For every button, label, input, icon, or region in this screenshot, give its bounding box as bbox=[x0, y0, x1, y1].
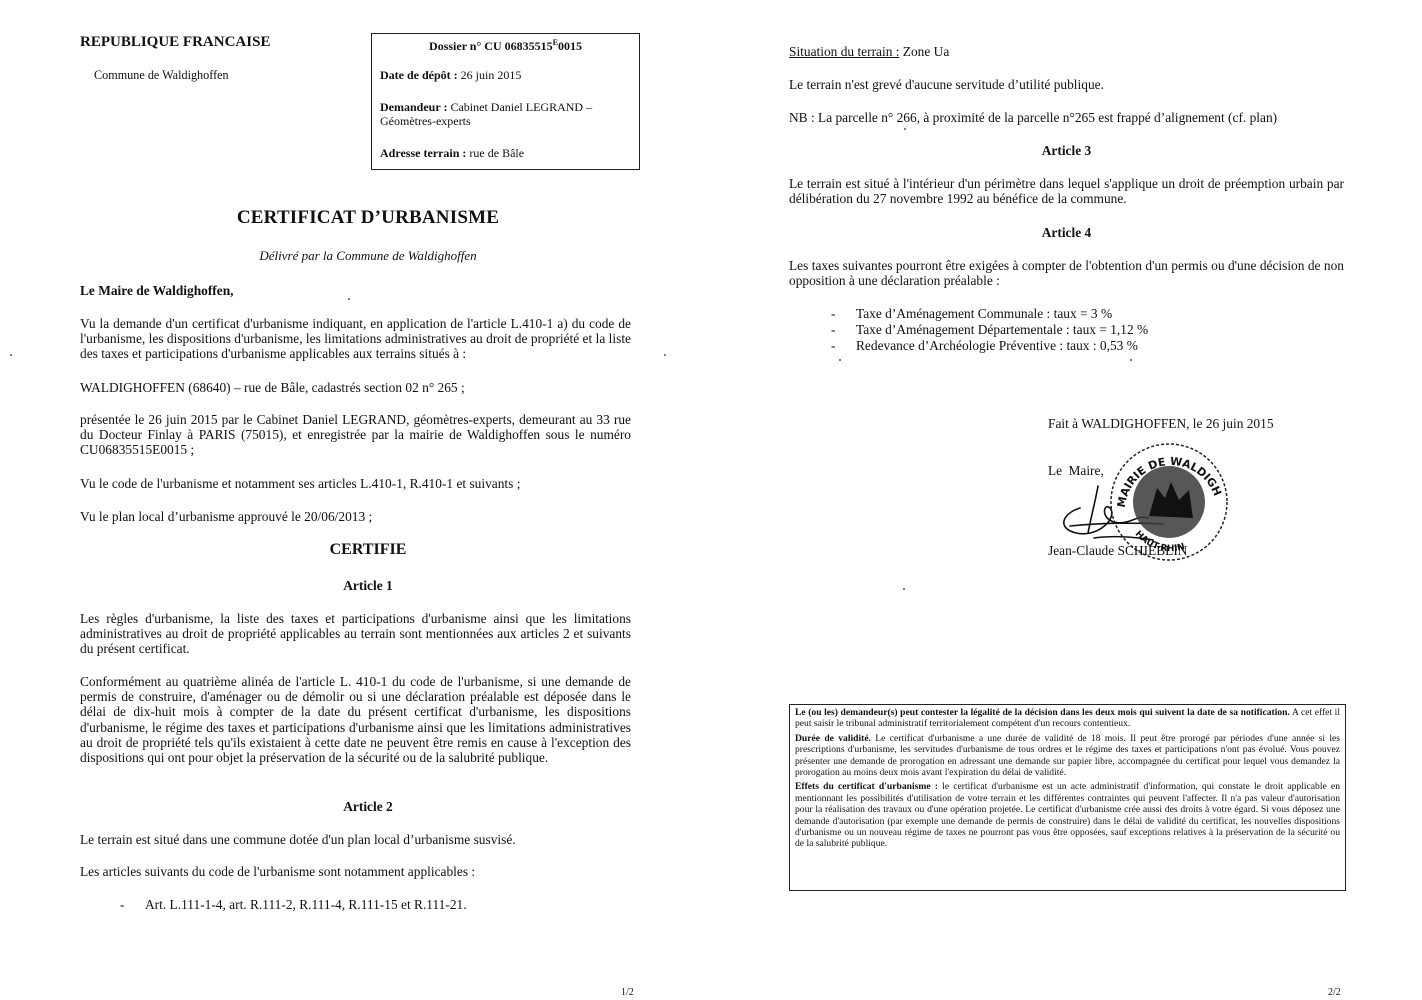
article-2-paragraph-1: Le terrain est situé dans une commune do… bbox=[80, 832, 631, 847]
article-2-heading: Article 2 bbox=[80, 799, 656, 815]
notice-validite: Durée de validité. Le certificat d'urban… bbox=[795, 733, 1340, 779]
scan-speck bbox=[904, 128, 906, 130]
signatory-role: Le Maire, bbox=[1048, 463, 1104, 479]
servitude-paragraph: Le terrain n'est grevé d'aucune servitud… bbox=[789, 77, 1344, 92]
legal-notice-box: Le (ou les) demandeur(s) peut contester … bbox=[789, 704, 1346, 891]
fait-a-line: Fait à WALDIGHOFFEN, le 26 juin 2015 bbox=[1048, 416, 1274, 432]
scan-speck bbox=[1130, 359, 1132, 361]
page-number: 2/2 bbox=[1328, 987, 1341, 998]
article-4-heading: Article 4 bbox=[789, 225, 1344, 241]
republic-heading: REPUBLIQUE FRANCAISE bbox=[80, 34, 270, 51]
tax-item: -Taxe d’Aménagement Communale : taux = 3… bbox=[831, 306, 1251, 322]
terrain-location: WALDIGHOFFEN (68640) – rue de Bâle, cada… bbox=[80, 380, 631, 395]
tax-item: -Redevance d’Archéologie Préventive : ta… bbox=[831, 338, 1251, 354]
notice-effets: Effets du certificat d'urbanisme : le ce… bbox=[795, 781, 1340, 849]
scan-speck bbox=[10, 354, 12, 356]
notice-recours: Le (ou les) demandeur(s) peut contester … bbox=[795, 707, 1340, 730]
certifie-heading: CERTIFIE bbox=[80, 541, 656, 559]
dossier-box: Dossier n° CU 06835515E0015 Date de dépô… bbox=[371, 33, 640, 170]
scan-speck bbox=[664, 354, 666, 356]
bullet-dash: - bbox=[120, 897, 124, 913]
article-3-paragraph: Le terrain est situé à l'intérieur d'un … bbox=[789, 176, 1344, 206]
document-title: CERTIFICAT D’URBANISME bbox=[80, 207, 656, 229]
scan-speck bbox=[839, 359, 841, 361]
demandeur: Demandeur : Cabinet Daniel LEGRAND – Géo… bbox=[380, 100, 631, 128]
scan-speck bbox=[348, 298, 350, 300]
tax-item: -Taxe d’Aménagement Départementale : tau… bbox=[831, 322, 1251, 338]
page-number: 1/2 bbox=[621, 987, 634, 998]
dossier-number: Dossier n° CU 06835515E0015 bbox=[372, 38, 639, 54]
adresse-terrain: Adresse terrain : rue de Bâle bbox=[380, 146, 631, 160]
maire-heading: Le Maire de Waldighoffen, bbox=[80, 283, 234, 299]
article-4-paragraph: Les taxes suivantes pourront être exigée… bbox=[789, 258, 1344, 288]
situation-terrain: Situation du terrain : Zone Ua bbox=[789, 44, 949, 60]
article-1-heading: Article 1 bbox=[80, 578, 656, 594]
date-depot: Date de dépôt : 26 juin 2015 bbox=[380, 68, 631, 82]
article-2-paragraph-2: Les articles suivants du code de l'urban… bbox=[80, 864, 631, 879]
nb-paragraph: NB : La parcelle n° 266, à proximité de … bbox=[789, 110, 1344, 125]
commune-name: Commune de Waldighoffen bbox=[94, 68, 229, 83]
vu-code-paragraph: Vu le code de l'urbanisme et notamment s… bbox=[80, 476, 631, 491]
scan-speck bbox=[903, 588, 905, 590]
vu-demande-paragraph: Vu la demande d'un certificat d'urbanism… bbox=[80, 316, 631, 362]
vu-plan-paragraph: Vu le plan local d’urbanisme approuvé le… bbox=[80, 509, 631, 524]
signatory-name: Jean-Claude SCHIEBLIN bbox=[1048, 543, 1187, 559]
article-1-paragraph-2: Conformément au quatrième alinéa de l'ar… bbox=[80, 674, 631, 765]
article-3-heading: Article 3 bbox=[789, 143, 1344, 159]
article-1-paragraph-1: Les règles d'urbanisme, la liste des tax… bbox=[80, 611, 631, 657]
document-subtitle: Délivré par la Commune de Waldighoffen bbox=[80, 248, 656, 264]
presentee-paragraph: présentée le 26 juin 2015 par le Cabinet… bbox=[80, 412, 631, 458]
page-1: REPUBLIQUE FRANCAISE Commune de Waldigho… bbox=[0, 0, 711, 1000]
article-2-bullet: - Art. L.111-1-4, art. R.111-2, R.111-4,… bbox=[120, 897, 620, 913]
